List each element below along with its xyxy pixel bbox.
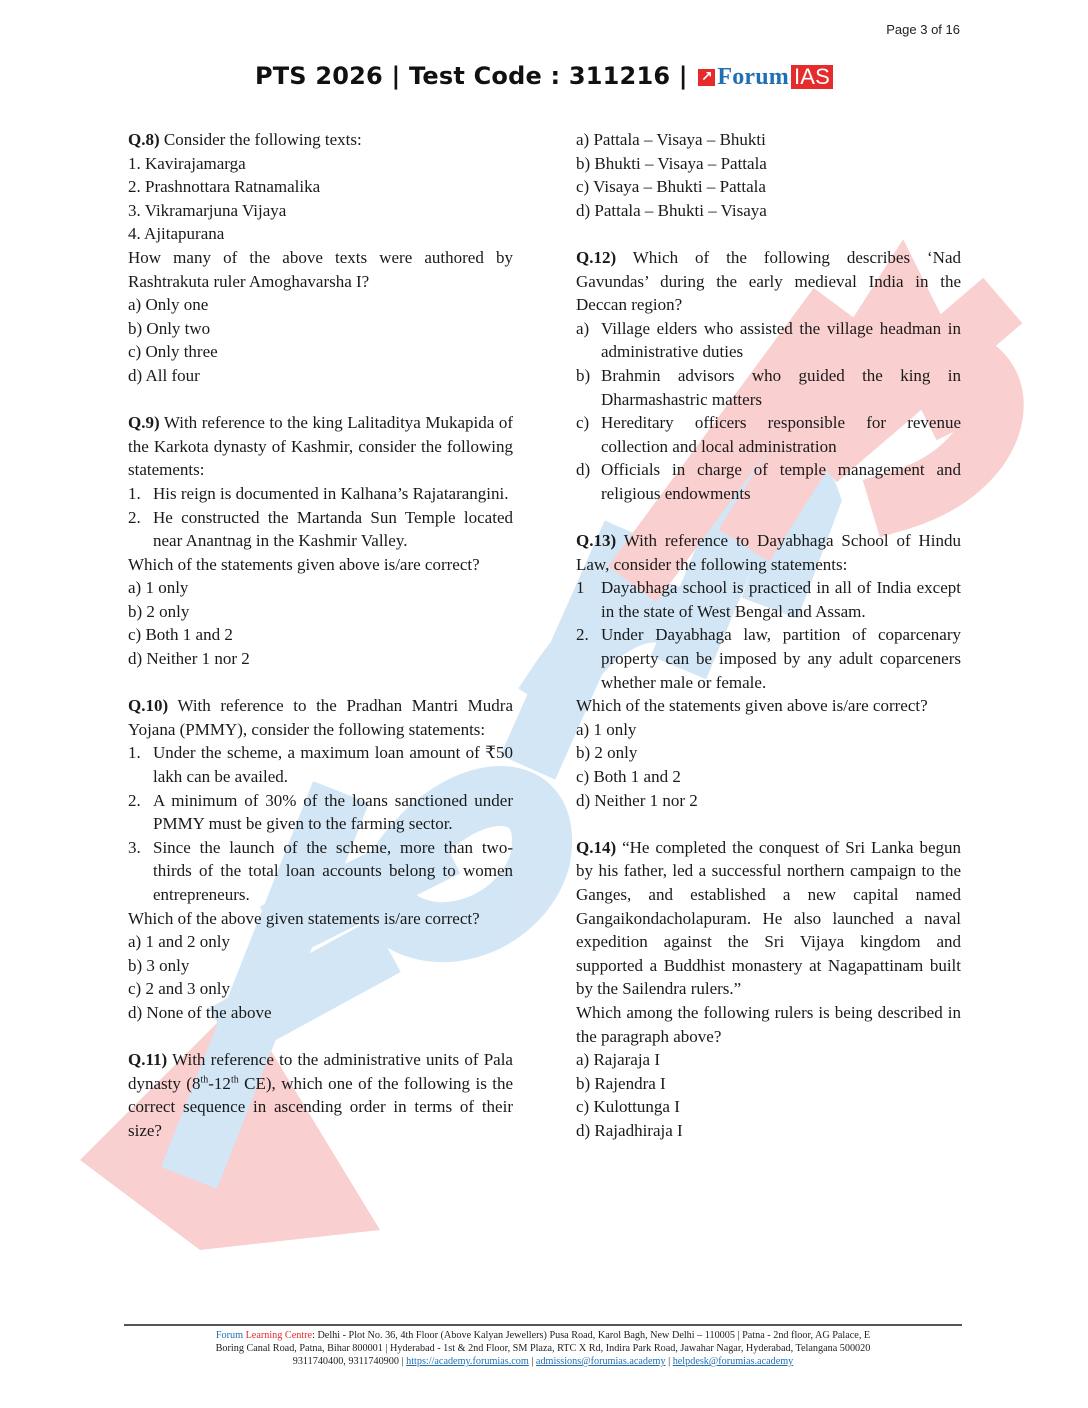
statement-number: 1 <box>576 576 601 623</box>
option-text: Hereditary officers responsible for reve… <box>601 411 961 458</box>
option-letter: d) <box>576 458 601 505</box>
option-c: c) 2 and 3 only <box>128 977 513 1001</box>
logo-forum-text: Forum <box>717 64 789 91</box>
statement-number: 2. <box>128 789 153 836</box>
helpdesk-email-link[interactable]: helpdesk@forumias.academy <box>673 1356 794 1367</box>
option-text: Officials in charge of temple management… <box>601 458 961 505</box>
option-a: a) 1 only <box>128 576 513 600</box>
page-indicator: Page 3 of 16 <box>886 22 960 37</box>
statement-text: He constructed the Martanda Sun Temple l… <box>153 506 513 553</box>
option-c: c) Both 1 and 2 <box>128 623 513 647</box>
footer-contact-line: 9311740400, 9311740900 | https://academy… <box>124 1355 962 1368</box>
question-stem: -12 <box>208 1074 231 1093</box>
option-letter: a) <box>576 317 601 364</box>
option-text: Village elders who assisted the village … <box>601 317 961 364</box>
statement: 2.He constructed the Martanda Sun Temple… <box>128 506 513 553</box>
list-item: 1. Kavirajamarga <box>128 152 513 176</box>
question-11: Q.11) With reference to the administrati… <box>128 1048 513 1142</box>
option-b: b)Brahmin advisors who guided the king i… <box>576 364 961 411</box>
question-prompt: Which of the above given statements is/a… <box>128 907 513 931</box>
option-letter: c) <box>576 411 601 458</box>
arrow-icon: ↗ <box>698 69 715 86</box>
option-c: c)Hereditary officers responsible for re… <box>576 411 961 458</box>
question-number: Q.12) <box>576 248 616 267</box>
statement-number: 2. <box>128 506 153 553</box>
statement-text: Under the scheme, a maximum loan amount … <box>153 741 513 788</box>
option-c: c) Both 1 and 2 <box>576 765 961 789</box>
option-a: a) Pattala – Visaya – Bhukti <box>576 128 961 152</box>
statement: 2.A minimum of 30% of the loans sanction… <box>128 789 513 836</box>
option-d: d) Rajadhiraja I <box>576 1119 961 1143</box>
question-prompt: Which among the following rulers is bein… <box>576 1001 961 1048</box>
question-10: Q.10) With reference to the Pradhan Mant… <box>128 694 513 1024</box>
question-stem: Which of the following describes ‘Nad Ga… <box>576 248 961 314</box>
option-b: b) Only two <box>128 317 513 341</box>
option-c: c) Visaya – Bhukti – Pattala <box>576 175 961 199</box>
list-item: 2. Prashnottara Ratnamalika <box>128 175 513 199</box>
right-column: a) Pattala – Visaya – Bhukti b) Bhukti –… <box>576 128 961 1166</box>
website-link[interactable]: https://academy.forumias.com <box>406 1356 529 1367</box>
separator: | <box>666 1356 673 1367</box>
option-a: a)Village elders who assisted the villag… <box>576 317 961 364</box>
statement-text: Dayabhaga school is practiced in all of … <box>601 576 961 623</box>
question-number: Q.10) <box>128 696 168 715</box>
question-stem: “He completed the conquest of Sri Lanka … <box>576 838 961 999</box>
question-12: Q.12) Which of the following describes ‘… <box>576 246 961 506</box>
option-a: a) 1 and 2 only <box>128 930 513 954</box>
question-8: Q.8) Consider the following texts: 1. Ka… <box>128 128 513 388</box>
question-prompt: Which of the statements given above is/a… <box>128 553 513 577</box>
option-b: b) Bhukti – Visaya – Pattala <box>576 152 961 176</box>
list-item: 3. Vikramarjuna Vijaya <box>128 199 513 223</box>
question-number: Q.11) <box>128 1050 167 1069</box>
statement: 3.Since the launch of the scheme, more t… <box>128 836 513 907</box>
question-prompt: How many of the above texts were authore… <box>128 246 513 293</box>
statement-text: Since the launch of the scheme, more tha… <box>153 836 513 907</box>
option-d: d) None of the above <box>128 1001 513 1025</box>
option-b: b) 3 only <box>128 954 513 978</box>
statement-text: A minimum of 30% of the loans sanctioned… <box>153 789 513 836</box>
question-11-options: a) Pattala – Visaya – Bhukti b) Bhukti –… <box>576 128 961 222</box>
option-d: d) Neither 1 nor 2 <box>128 647 513 671</box>
page-header: PTS 2026 | Test Code : 311216 | ↗ Forum … <box>0 62 1088 91</box>
admissions-email-link[interactable]: admissions@forumias.academy <box>536 1356 666 1367</box>
page-footer: Forum Learning Centre: Delhi - Plot No. … <box>124 1324 962 1368</box>
option-b: b) 2 only <box>128 600 513 624</box>
option-text: Brahmin advisors who guided the king in … <box>601 364 961 411</box>
question-stem: With reference to the Pradhan Mantri Mud… <box>128 696 513 739</box>
option-b: b) Rajendra I <box>576 1072 961 1096</box>
statement-text: His reign is documented in Kalhana’s Raj… <box>153 482 513 506</box>
question-stem: With reference to Dayabhaga School of Hi… <box>576 531 961 574</box>
question-stem: Consider the following texts: <box>164 130 362 149</box>
question-number: Q.8) <box>128 130 160 149</box>
forumias-logo: ↗ Forum IAS <box>698 64 833 91</box>
question-number: Q.13) <box>576 531 616 550</box>
left-column: Q.8) Consider the following texts: 1. Ka… <box>128 128 513 1166</box>
question-number: Q.9) <box>128 413 160 432</box>
option-c: c) Only three <box>128 340 513 364</box>
separator: | <box>529 1356 536 1367</box>
option-a: a) Rajaraja I <box>576 1048 961 1072</box>
question-9: Q.9) With reference to the king Lalitadi… <box>128 411 513 671</box>
statement: 1.Under the scheme, a maximum loan amoun… <box>128 741 513 788</box>
option-a: a) Only one <box>128 293 513 317</box>
test-title: PTS 2026 | Test Code : 311216 | <box>255 62 688 90</box>
statement: 1Dayabhaga school is practiced in all of… <box>576 576 961 623</box>
question-prompt: Which of the statements given above is/a… <box>576 694 961 718</box>
statement: 2.Under Dayabhaga law, partition of copa… <box>576 623 961 694</box>
option-d: d) Neither 1 nor 2 <box>576 789 961 813</box>
footer-address-line-1: Forum Learning Centre: Delhi - Plot No. … <box>124 1329 962 1342</box>
option-a: a) 1 only <box>576 718 961 742</box>
footer-brand-learning-centre: Learning Centre <box>246 1330 312 1341</box>
statement-number: 1. <box>128 741 153 788</box>
option-c: c) Kulottunga I <box>576 1095 961 1119</box>
option-d: d) Pattala – Bhukti – Visaya <box>576 199 961 223</box>
footer-address-line-2: Boring Canal Road, Patna, Bihar 800001 |… <box>124 1342 962 1355</box>
list-item: 4. Ajitapurana <box>128 222 513 246</box>
question-13: Q.13) With reference to Dayabhaga School… <box>576 529 961 812</box>
statement-number: 3. <box>128 836 153 907</box>
statement-number: 2. <box>576 623 601 694</box>
footer-phones: 9311740400, 9311740900 <box>293 1356 399 1367</box>
option-b: b) 2 only <box>576 741 961 765</box>
footer-address-text: : Delhi - Plot No. 36, 4th Floor (Above … <box>312 1330 870 1341</box>
question-number: Q.14) <box>576 838 616 857</box>
statement: 1.His reign is documented in Kalhana’s R… <box>128 482 513 506</box>
question-14: Q.14) “He completed the conquest of Sri … <box>576 836 961 1143</box>
superscript: th <box>231 1074 239 1085</box>
question-stem: With reference to the king Lalitaditya M… <box>128 413 513 479</box>
statement-number: 1. <box>128 482 153 506</box>
footer-brand-forum: Forum <box>216 1330 243 1341</box>
option-letter: b) <box>576 364 601 411</box>
option-d: d)Officials in charge of temple manageme… <box>576 458 961 505</box>
option-d: d) All four <box>128 364 513 388</box>
statement-text: Under Dayabhaga law, partition of coparc… <box>601 623 961 694</box>
logo-ias-text: IAS <box>791 65 833 89</box>
